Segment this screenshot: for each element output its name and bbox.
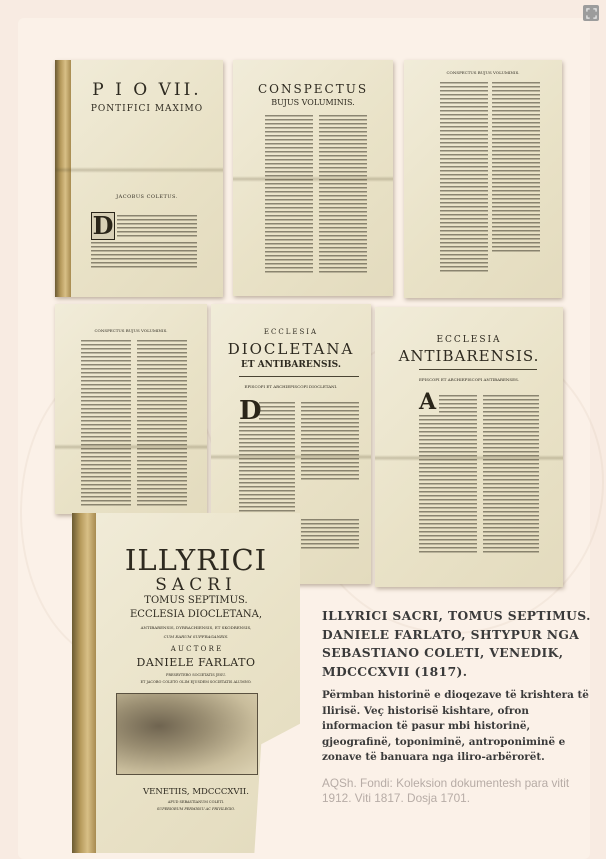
document-page-contents-continued: CONSPECTUS BUJUS VOLUMINIS. [404, 60, 562, 298]
contents-column [492, 82, 540, 254]
body-text [239, 422, 295, 518]
document-page-contents-continued: CONSPECTUS BUJUS VOLUMINIS. [55, 304, 207, 514]
expand-icon [586, 8, 597, 19]
section-heading: EPISCOPI ET ARCHIEPISCOPI ANTIBARENSES. [375, 377, 563, 382]
title-line: PRESBYTERO SOCIETATIS JESU. [92, 673, 300, 677]
page-heading: CONSPECTUS [233, 82, 393, 96]
page-fold [55, 167, 223, 173]
body-text [301, 519, 359, 549]
divider [419, 369, 537, 370]
caption-block: ILLYRICI SACRI, TOMUS SEPTIMUS. DANIELE … [322, 607, 592, 806]
title-line: TOMUS SEPTIMUS. [92, 595, 300, 606]
expand-button[interactable] [583, 5, 599, 21]
title-line: ILLYRICI [92, 543, 300, 577]
body-text [117, 215, 197, 239]
contents-column [81, 340, 131, 508]
page-fold [375, 455, 563, 461]
page-heading: ANTIBARENSIS. [375, 347, 563, 365]
body-text [419, 415, 477, 555]
body-text [91, 242, 197, 270]
contents-column [319, 115, 367, 275]
book-spine [55, 60, 71, 297]
body-text [301, 402, 359, 482]
document-page-antibarensis: ECCLESIA ANTIBARENSIS. EPISCOPI ET ARCHI… [375, 307, 563, 587]
page-heading: P I O VII. [71, 80, 223, 100]
body-text [259, 402, 295, 420]
page-fold [211, 454, 371, 460]
contents-column [265, 115, 313, 275]
title-line: ANTIBARENSIS, DYRRACHIENSIS, ET SKODRENS… [92, 625, 300, 630]
document-page-dedication: P I O VII. PONTIFICI MAXIMO JACOBUS COLE… [55, 60, 223, 297]
title-line: ECCLESIA DIOCLETANA, [92, 609, 300, 620]
drop-cap: D [91, 212, 115, 240]
caption-source: AQSh. Fondi: Koleksion dokumentesh para … [322, 776, 592, 806]
running-head: CONSPECTUS BUJUS VOLUMINIS. [404, 70, 562, 75]
contents-column [440, 82, 488, 272]
title-line: A U C T O R E [92, 645, 300, 653]
title-line: ET JACOBO COLETO OLIM EJUSDEM SOCIETATIS… [92, 680, 300, 684]
page-signature: JACOBUS COLETUS. [71, 194, 223, 200]
page-fold [55, 444, 207, 450]
drop-cap: A [419, 389, 436, 415]
page-heading: ET ANTIBARENSIS. [211, 360, 371, 370]
caption-title: ILLYRICI SACRI, TOMUS SEPTIMUS. DANIELE … [322, 607, 592, 681]
page-subheading: BUJUS VOLUMINIS. [233, 98, 393, 107]
divider [239, 376, 359, 377]
title-line: SACRI [92, 575, 300, 595]
page-fold [233, 176, 393, 182]
page-heading: DIOCLETANA [211, 340, 371, 358]
contents-column [137, 340, 187, 508]
title-line: CUM EARUM SUFFRAGANEIS. [92, 634, 300, 639]
page-heading: ECCLESIA [211, 328, 371, 336]
body-text [483, 395, 539, 555]
body-text [439, 395, 477, 413]
section-heading: EPISCOPI ET ARCHIEPISCOPI DIOCLETANI. [211, 384, 371, 389]
author-name: DANIELE FARLATO [92, 656, 300, 669]
caption-description: Përmban historinë e dioqezave të krishte… [322, 688, 592, 765]
page-subheading: PONTIFICI MAXIMO [71, 104, 223, 114]
page-heading: ECCLESIA [375, 335, 563, 345]
engraving-illustration [116, 693, 258, 775]
running-head: CONSPECTUS BUJUS VOLUMINIS. [55, 328, 207, 333]
document-page-contents: CONSPECTUS BUJUS VOLUMINIS. [233, 60, 393, 296]
